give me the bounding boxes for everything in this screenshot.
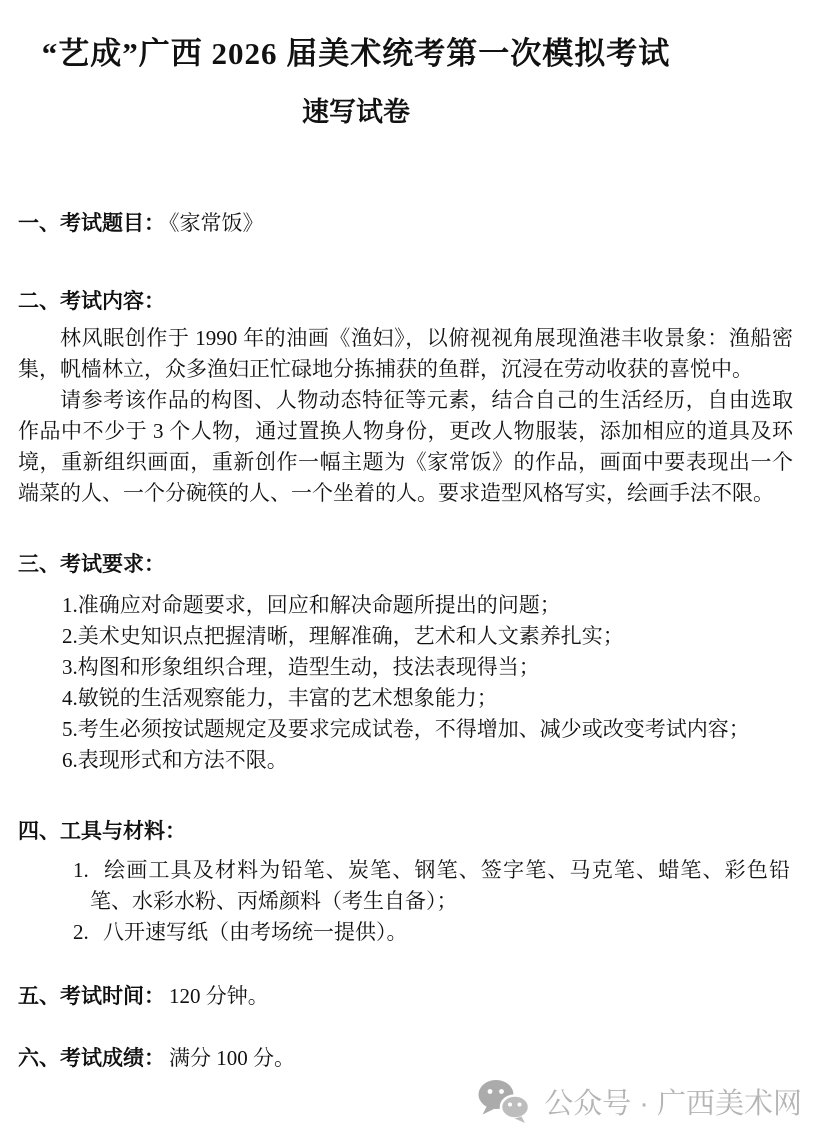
section-exam-content-heading: 二、考试内容： bbox=[18, 286, 793, 317]
section-exam-topic: 一、考试题目：《家常饭》 bbox=[18, 208, 793, 239]
requirement-item: 4.敏锐的生活观察能力，丰富的艺术想象能力； bbox=[62, 683, 793, 714]
section-exam-score-value: 满分 100 分。 bbox=[169, 1046, 295, 1070]
section-exam-time: 五、考试时间：120 分钟。 bbox=[18, 981, 793, 1012]
tools-item-text: 八开速写纸（由考场统一提供）。 bbox=[103, 920, 408, 944]
requirement-item: 6.表现形式和方法不限。 bbox=[62, 745, 793, 776]
title-block: “艺成”广西 2026 届美术统考第一次模拟考试 速写试卷 bbox=[26, 0, 686, 130]
tools-item-text: 绘画工具及材料为铅笔、炭笔、钢笔、签字笔、马克笔、蜡笔、彩色铅笔、水彩水粉、丙烯… bbox=[90, 858, 790, 913]
section-tools-materials: 四、工具与材料： 1.绘画工具及材料为铅笔、炭笔、钢笔、签字笔、马克笔、蜡笔、彩… bbox=[18, 816, 793, 948]
tools-item: 2.八开速写纸（由考场统一提供）。 bbox=[72, 917, 790, 948]
section-tools-materials-heading: 四、工具与材料： bbox=[18, 816, 793, 847]
requirement-item: 3.构图和形象组织合理，造型生动，技法表现得当； bbox=[62, 652, 793, 683]
tools-item: 1.绘画工具及材料为铅笔、炭笔、钢笔、签字笔、马克笔、蜡笔、彩色铅笔、水彩水粉、… bbox=[72, 855, 790, 917]
tools-item-number: 2. bbox=[73, 917, 103, 948]
requirement-item: 1.准确应对命题要求，回应和解决命题所提出的问题； bbox=[62, 590, 793, 621]
exam-content-paragraph: 请参考该作品的构图、人物动态特征等元素，结合自己的生活经历，自由选取作品中不少于… bbox=[18, 385, 793, 509]
wechat-icon bbox=[476, 1078, 532, 1124]
requirement-item: 2.美术史知识点把握清晰，理解准确，艺术和人文素养扎实； bbox=[62, 621, 793, 652]
exam-paper-page: “艺成”广西 2026 届美术统考第一次模拟考试 速写试卷 一、考试题目：《家常… bbox=[0, 0, 814, 1132]
section-exam-score: 六、考试成绩：满分 100 分。 bbox=[18, 1043, 793, 1074]
tools-materials-list: 1.绘画工具及材料为铅笔、炭笔、钢笔、签字笔、马克笔、蜡笔、彩色铅笔、水彩水粉、… bbox=[18, 855, 793, 948]
watermark: 公众号 · 广西美术网 bbox=[476, 1078, 802, 1124]
requirement-item: 5.考生必须按试题规定及要求完成试卷，不得增加、减少或改变考试内容； bbox=[62, 714, 793, 745]
section-exam-topic-heading: 一、考试题目： bbox=[18, 211, 165, 235]
exam-requirements-list: 1.准确应对命题要求，回应和解决命题所提出的问题； 2.美术史知识点把握清晰，理… bbox=[62, 590, 793, 776]
exam-title-line2: 速写试卷 bbox=[26, 95, 686, 130]
exam-content-paragraph: 林风眠创作于 1990 年的油画《渔妇》，以俯视视角展现渔港丰收景象：渔船密集，… bbox=[18, 323, 793, 385]
tools-item-number: 1. bbox=[73, 855, 103, 886]
exam-title-line1: “艺成”广西 2026 届美术统考第一次模拟考试 bbox=[26, 34, 686, 74]
section-exam-topic-value: 《家常饭》 bbox=[169, 211, 264, 235]
section-exam-content: 二、考试内容： 林风眠创作于 1990 年的油画《渔妇》，以俯视视角展现渔港丰收… bbox=[18, 286, 793, 509]
section-exam-requirements: 三、考试要求： 1.准确应对命题要求，回应和解决命题所提出的问题； 2.美术史知… bbox=[18, 549, 793, 776]
section-exam-time-heading: 五、考试时间： bbox=[18, 984, 165, 1008]
watermark-text: 公众号 · 广西美术网 bbox=[544, 1081, 802, 1122]
section-exam-requirements-heading: 三、考试要求： bbox=[18, 549, 793, 580]
section-exam-score-heading: 六、考试成绩： bbox=[18, 1046, 165, 1070]
section-exam-time-value: 120 分钟。 bbox=[169, 984, 269, 1008]
